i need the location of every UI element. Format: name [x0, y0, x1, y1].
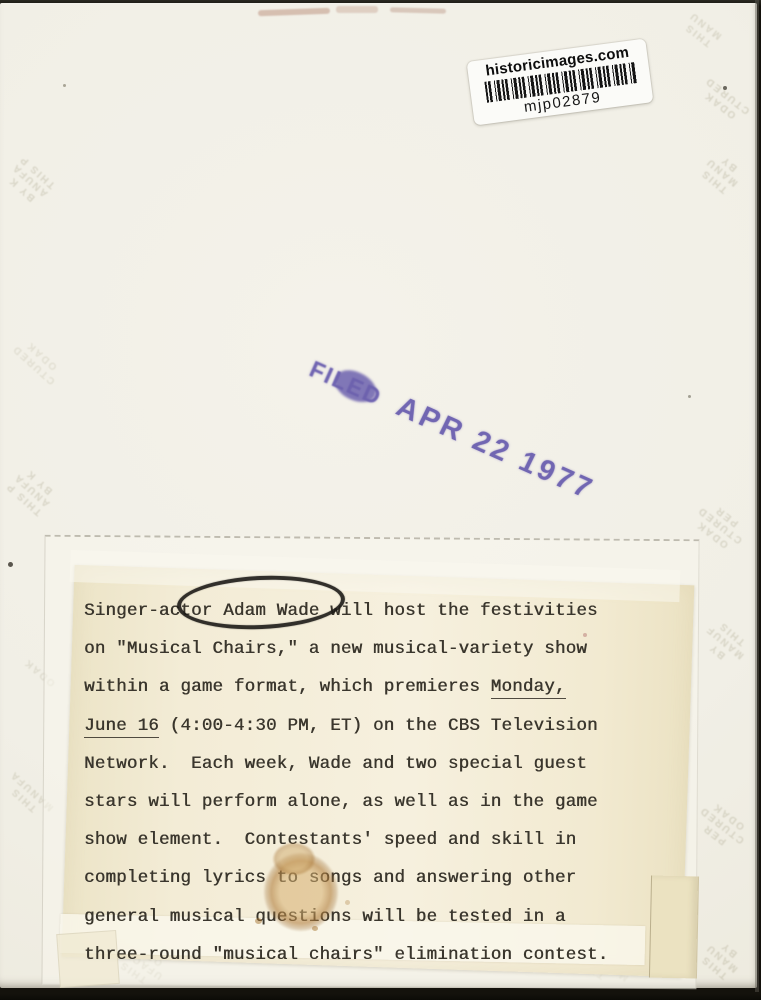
- caption-text: three-round "musical chairs" elimination…: [84, 945, 608, 965]
- stain-blob-top: [272, 842, 316, 876]
- caption-line: three-round "musical chairs" elimination…: [84, 936, 649, 974]
- caption-text: on "Musical Chairs," a new musical-varie…: [84, 639, 587, 659]
- paper-speck: [688, 395, 691, 398]
- caption-line: completing lyrics to songs and answering…: [84, 859, 649, 897]
- caption-underlined-text: June 16: [84, 716, 159, 738]
- paper-speck: [583, 633, 587, 637]
- caption-fold-right: [649, 876, 699, 979]
- paper-speck: [8, 562, 13, 567]
- paper-speck: [723, 86, 727, 90]
- caption-text: within a game format, which premieres: [84, 677, 491, 697]
- caption-line: within a game format, which premieres Mo…: [84, 668, 649, 706]
- caption-text: (4:00-4:30 PM, ET) on the CBS Television: [159, 716, 598, 736]
- typed-caption: Singer-actor Adam Wade will host the fes…: [84, 592, 649, 974]
- pencil-mark: [390, 7, 446, 13]
- caption-line: general musical questions will be tested…: [84, 898, 649, 936]
- caption-text: show element. Contestants' speed and ski…: [84, 830, 576, 850]
- paper-edge-shadow: [755, 0, 759, 992]
- scan-background: THIS MANUODAK CTUREDTHIS MANU BYBY K ANU…: [0, 0, 761, 1000]
- pencil-transfer-marks: [240, 4, 455, 20]
- pencil-mark: [336, 6, 378, 13]
- caption-line: stars will perform alone, as well as in …: [84, 783, 649, 821]
- caption-line: June 16 (4:00-4:30 PM, ET) on the CBS Te…: [84, 707, 649, 745]
- caption-underlined-text: Monday,: [491, 677, 566, 699]
- caption-text: Network. Each week, Wade and two special…: [84, 754, 587, 774]
- pencil-mark: [258, 8, 330, 17]
- paper-speck: [63, 84, 66, 87]
- stain-splatter-dot: [345, 900, 350, 905]
- caption-line: show element. Contestants' speed and ski…: [84, 821, 649, 859]
- caption-text: stars will perform alone, as well as in …: [84, 792, 598, 812]
- caption-line: Network. Each week, Wade and two special…: [84, 745, 649, 783]
- stain-splatter-dot: [312, 926, 318, 931]
- stain-splatter-dot: [255, 918, 262, 924]
- caption-line: Singer-actor Adam Wade will host the fes…: [84, 592, 649, 630]
- caption-line: on "Musical Chairs," a new musical-varie…: [84, 630, 649, 668]
